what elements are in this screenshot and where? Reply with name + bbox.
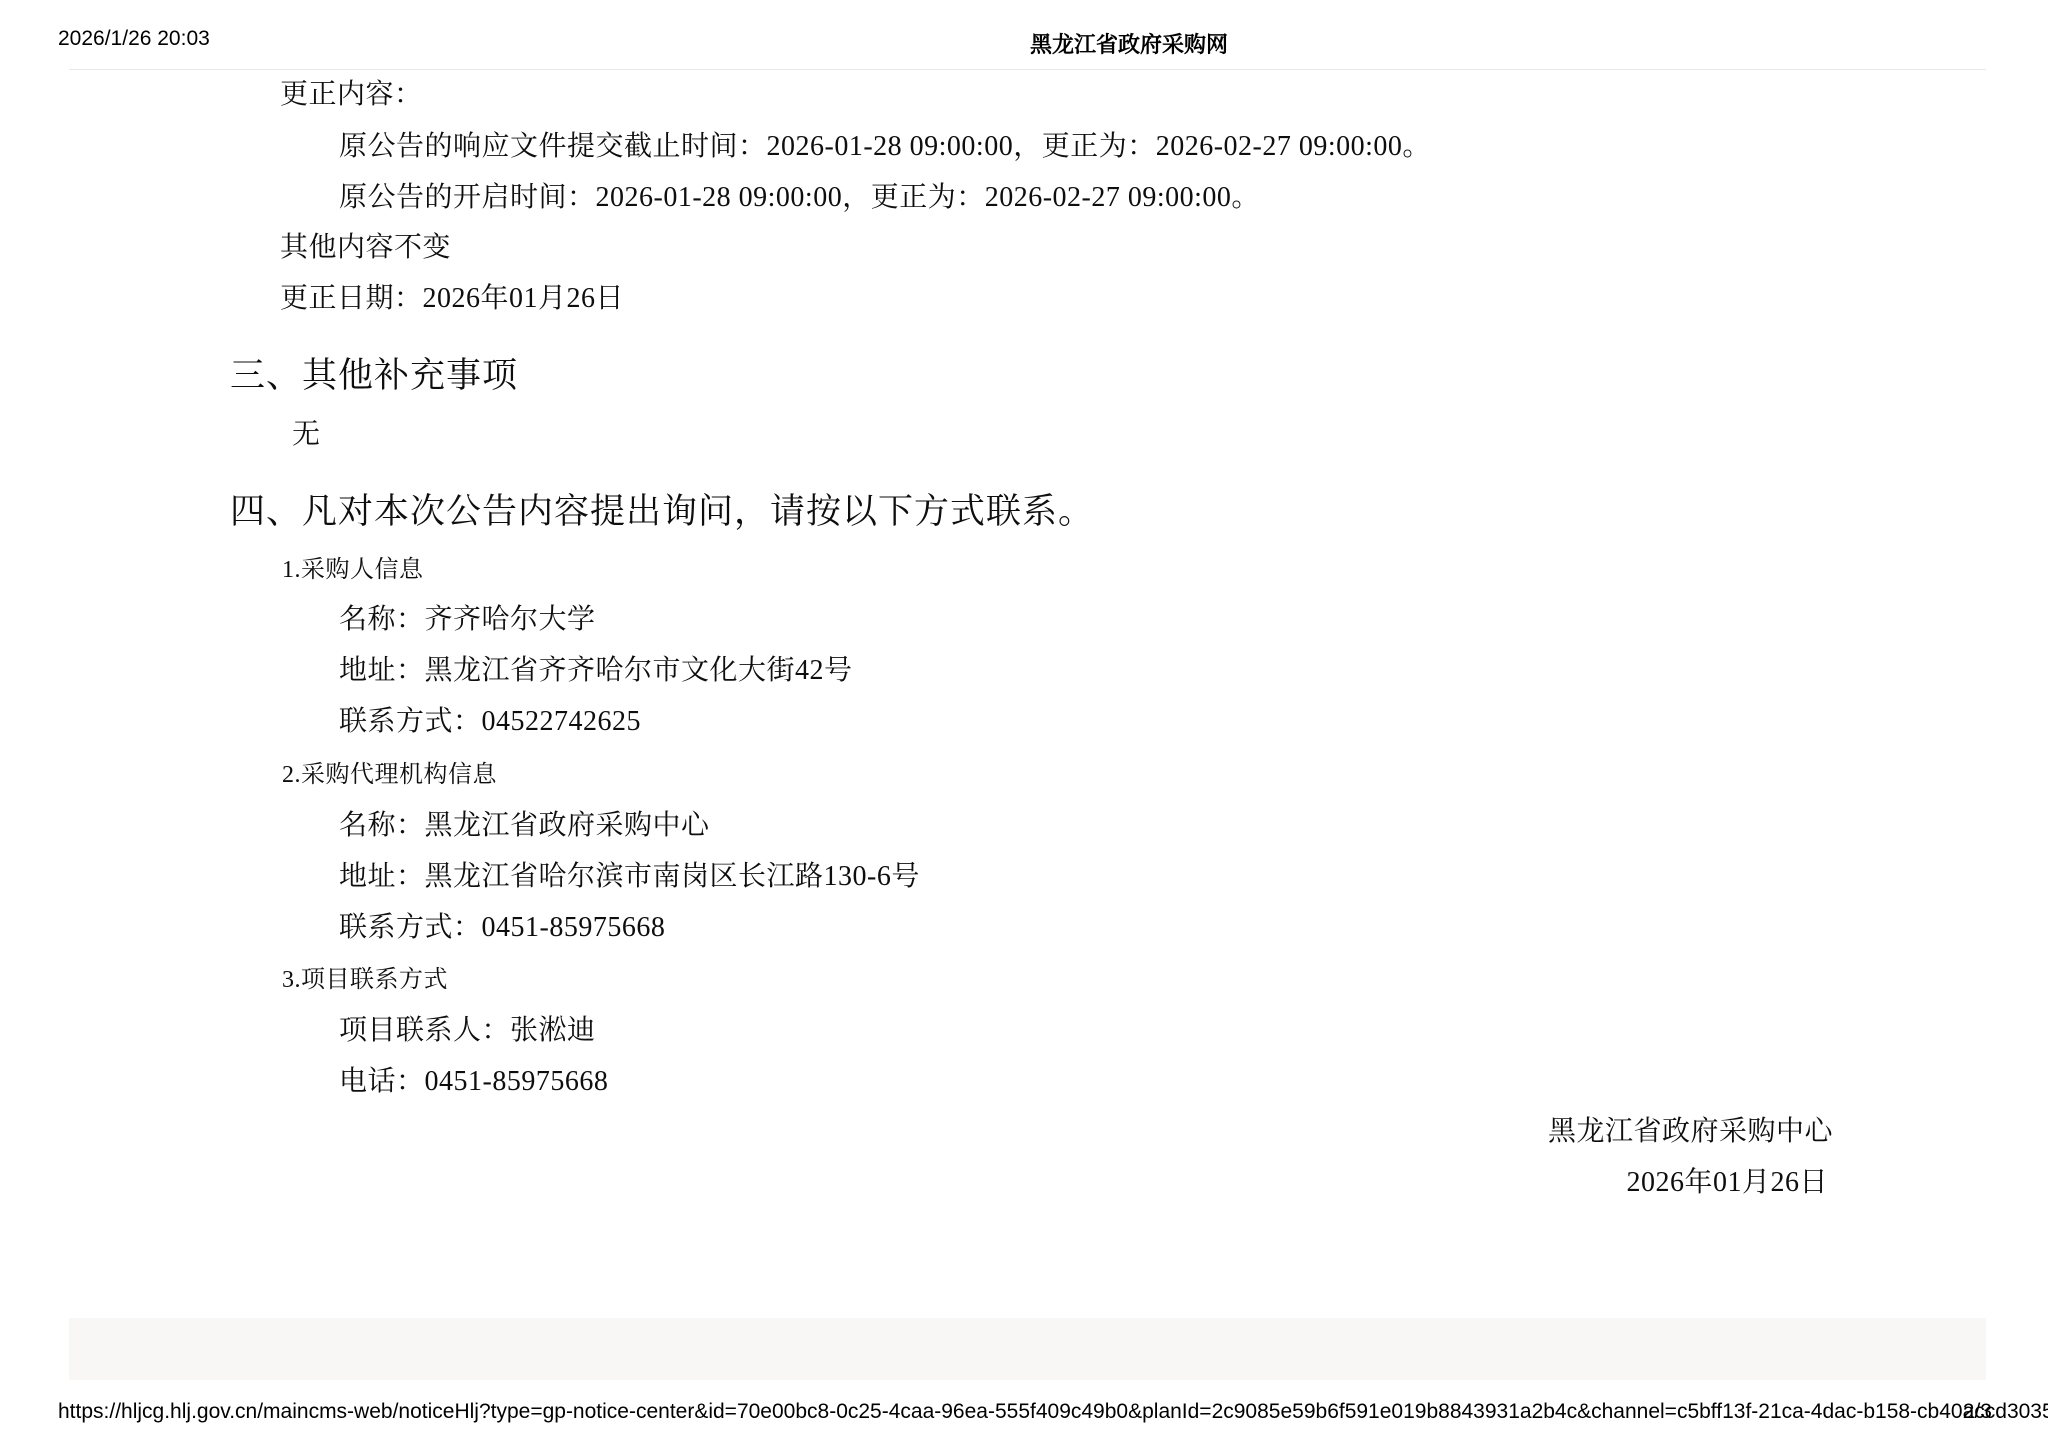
print-datetime: 2026/1/26 20:03	[58, 27, 210, 51]
purchaser-address: 地址：黑龙江省齐齐哈尔市文化大街42号	[339, 651, 853, 691]
project-phone: 电话：0451-85975668	[339, 1062, 608, 1102]
agency-contact: 联系方式：0451-85975668	[339, 908, 665, 948]
signature-date: 2026年01月26日	[1626, 1163, 1828, 1203]
page-footer-bar	[69, 1318, 1986, 1380]
correction-label: 更正内容：	[280, 75, 423, 115]
signature-org: 黑龙江省政府采购中心	[1548, 1112, 1833, 1152]
section3-content: 无	[292, 415, 321, 455]
print-preview-page: 2026/1/26 20:03 黑龙江省政府采购网 更正内容： 原公告的响应文件…	[0, 0, 2048, 1447]
site-title: 黑龙江省政府采购网	[1030, 28, 1228, 59]
agency-name: 名称：黑龙江省政府采购中心	[339, 806, 710, 846]
purchaser-name: 名称：齐齐哈尔大学	[339, 600, 596, 640]
agency-address: 地址：黑龙江省哈尔滨市南岗区长江路130-6号	[339, 857, 920, 897]
print-page-indicator: 2/3	[1963, 1400, 1992, 1424]
correction-date: 更正日期：2026年01月26日	[280, 279, 624, 319]
unchanged-note: 其他内容不变	[280, 228, 451, 268]
section4-heading: 四、凡对本次公告内容提出询问，请按以下方式联系。	[230, 488, 1094, 536]
project-contact-title: 3.项目联系方式	[282, 960, 448, 1000]
purchaser-contact: 联系方式：04522742625	[339, 702, 641, 742]
section3-heading: 三、其他补充事项	[230, 352, 518, 400]
correction-item-deadline: 原公告的响应文件提交截止时间：2026-01-28 09:00:00，更正为：2…	[339, 127, 1431, 167]
purchaser-title: 1.采购人信息	[282, 550, 424, 590]
correction-item-opening: 原公告的开启时间：2026-01-28 09:00:00，更正为：2026-02…	[339, 178, 1260, 218]
content-top-divider	[69, 69, 1986, 70]
print-source-url: https://hljcg.hlj.gov.cn/maincms-web/not…	[58, 1400, 2048, 1424]
agency-title: 2.采购代理机构信息	[282, 755, 497, 795]
project-contact-person: 项目联系人：张淞迪	[339, 1011, 596, 1051]
